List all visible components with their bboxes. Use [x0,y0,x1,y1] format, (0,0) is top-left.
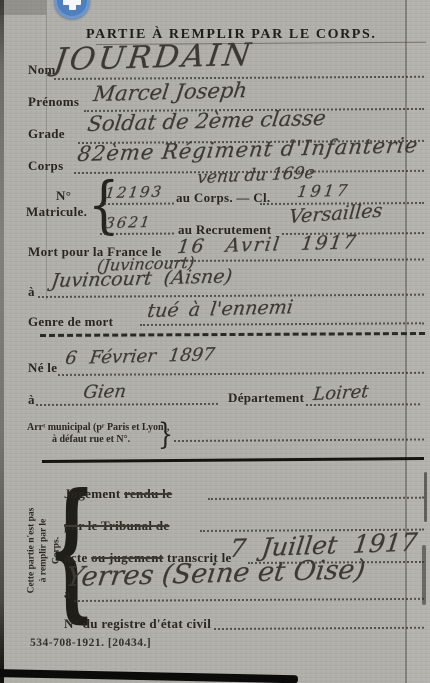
field-label-corps: Corps [28,158,63,174]
field-label-matricule: Matricule. [26,204,87,220]
handwritten-corps: 82ème Régiment d'Infanterie [76,133,420,166]
field-label-jugement: Jugement rendu le [64,486,172,502]
handwritten-lieu-transcription: Yerres (Seine et Oise) [64,554,367,593]
dotted-line [74,596,424,602]
handwritten-lieu-naissance: Gien [82,381,127,403]
field-label-lieu-mort: à [28,284,35,300]
field-label-arrondissement-1: Arrᵗ municipal (pʳ Paris et Lyon), [27,422,169,433]
field-label-prenoms: Prénoms [28,94,79,110]
field-label-departement: Département [228,390,304,406]
field-label-genre-mort: Genre de mort [28,314,113,330]
field-label-ne-le: Né le [28,360,57,376]
dotted-line [174,436,424,442]
dotted-line [208,495,424,500]
scan-top-corner-shadow [0,0,46,15]
handwritten-date-mort: 16 Avril 1917 [176,231,359,258]
scan-bottom-edge [0,669,298,683]
handwritten-lieu-mort: Juvincourt (Aisne) [50,265,233,292]
field-label-arrondissement-2: à défaut rue et N°. [52,434,130,445]
field-label-au-corps: au Corps. — Cl. [176,190,270,206]
dotted-line [58,370,424,376]
dotted-line [170,256,424,262]
handwritten-nom: JOURDAIN [52,37,255,78]
dotted-line [306,401,420,406]
section-separator-solid [42,457,424,463]
field-label-registre: N° du registre d'état civil [64,616,211,632]
scan-left-edge [0,0,4,683]
dotted-line [100,201,174,205]
dotted-line [36,401,218,406]
handwritten-classe: 1917 [296,181,351,201]
field-label-matricule-no: N° [56,188,71,204]
dotted-line [214,625,424,630]
section-separator-dashed [40,332,425,337]
field-label-grade: Grade [28,126,65,142]
arrondissement-brace: } [158,420,173,450]
viewer-overlay-button[interactable] [54,0,90,19]
tribunal-struck-text: par le Tribunal de [64,518,169,533]
jugement-struck-text: rendu le [124,486,172,501]
jugement-text: Jugement [64,486,121,501]
handwritten-grade: Soldat de 2ème classe [86,106,327,136]
scan-edge-mark [424,472,427,522]
scan-right-strip [407,0,430,683]
dotted-line [100,231,174,235]
field-label-lieu-naissance: à [28,392,35,408]
record-card-scan: PARTIE À REMPLIR PAR LE CORPS. Nom JOURD… [0,0,430,683]
handwritten-matricule-corps: 12193 [104,182,164,202]
handwritten-genre-mort: tué à l'ennemi [146,296,294,322]
field-label-tribunal: par le Tribunal de [64,518,169,534]
plus-icon [63,0,81,5]
handwritten-matricule-recrutement: 3621 [104,213,153,232]
dotted-line [140,320,424,326]
handwritten-date-naissance: 6 Février 1897 [64,344,216,369]
handwritten-prenoms: Marcel Joseph [92,78,249,106]
form-reference: 534-708-1921. [20434.] [30,637,151,649]
